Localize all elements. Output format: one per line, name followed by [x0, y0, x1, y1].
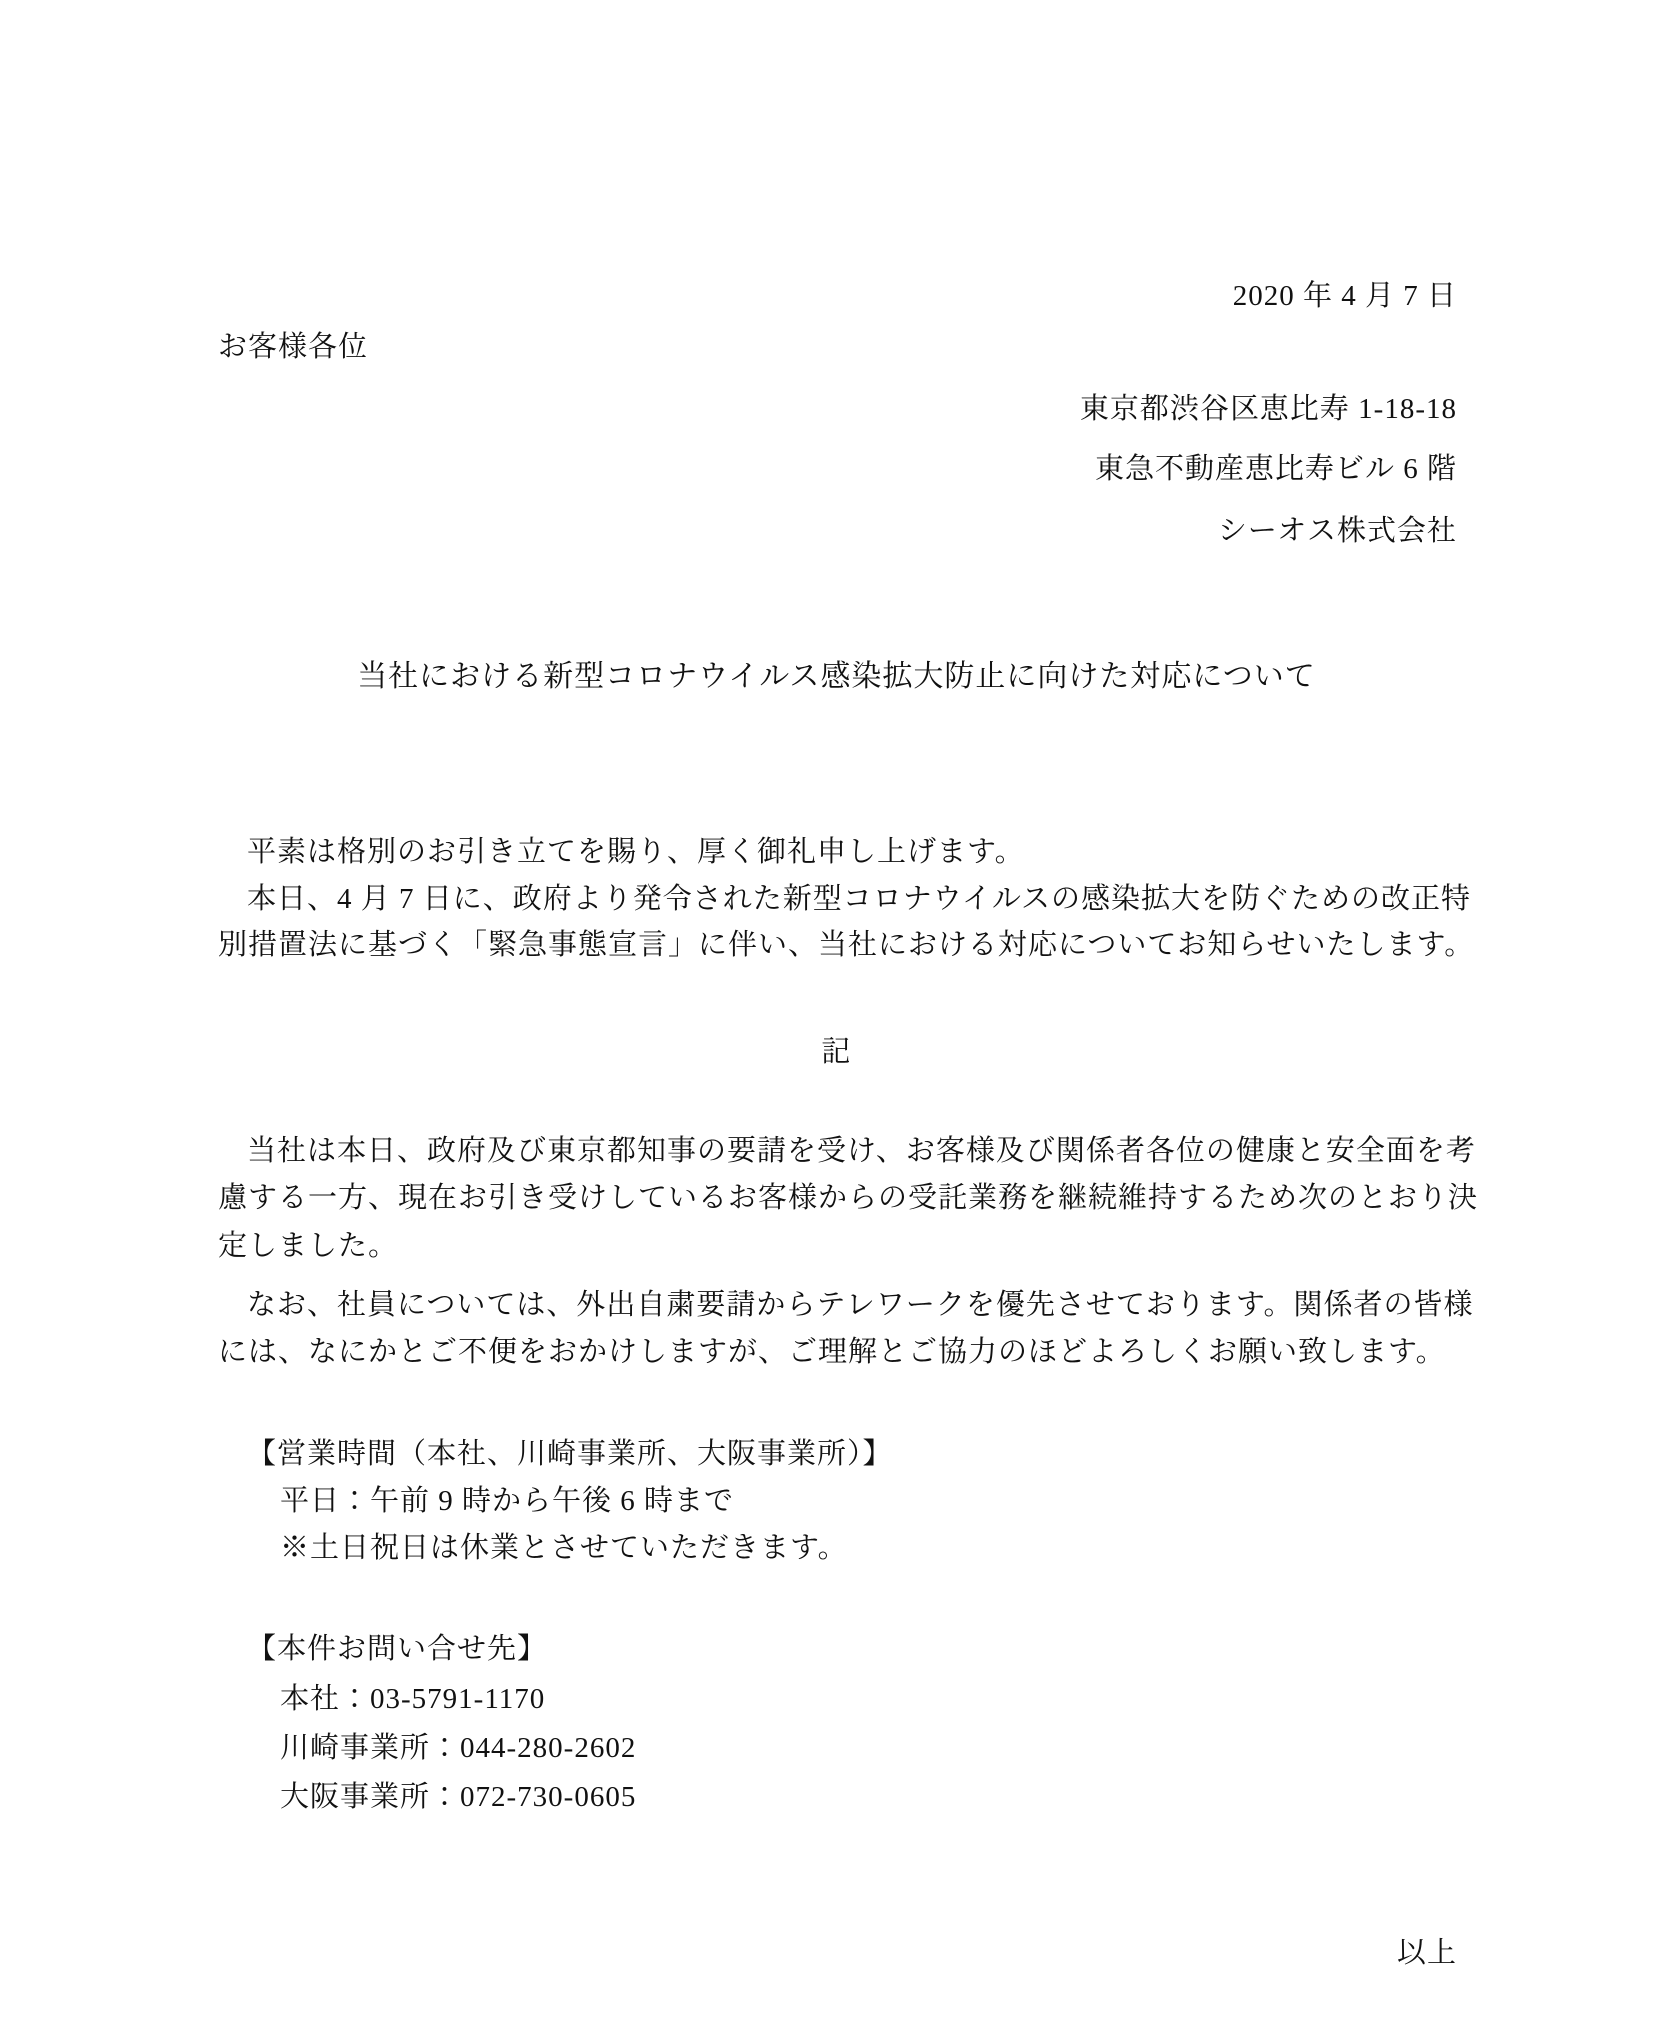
contact-head-office-phone: 本社：03-5791-1170: [280, 1682, 545, 1717]
telework-paragraph-line-2: には、なにかとご不便をおかけしますが、ご理解とご協力のほどよろしくお願い致します…: [218, 1335, 1446, 1370]
business-hours-heading: 【営業時間（本社、川崎事業所、大阪事業所）】: [247, 1437, 893, 1472]
record-marker: 記: [218, 1035, 1455, 1070]
decision-paragraph-line-2: 慮する一方、現在お引き受けしているお客様からの受託業務を継続維持するため次のとお…: [218, 1181, 1478, 1216]
letter-page: 2020 年 4 月 7 日 お客様各位 東京都渋谷区恵比寿 1-18-18 東…: [0, 0, 1653, 2030]
intro-paragraph-line-2: 別措置法に基づく「緊急事態宣言」に伴い、当社における対応についてお知らせいたしま…: [218, 928, 1474, 963]
intro-paragraph-line-1: 本日、4 月 7 日に、政府より発令された新型コロナウイルスの感染拡大を防ぐため…: [218, 882, 1471, 917]
contact-heading: 【本件お問い合せ先】: [247, 1632, 547, 1667]
recipient: お客様各位: [218, 330, 368, 365]
telework-paragraph-line-1: なお、社員については、外出自粛要請からテレワークを優先させております。関係者の皆…: [218, 1288, 1474, 1323]
business-hours-weekday: 平日：午前 9 時から午後 6 時まで: [280, 1484, 734, 1519]
decision-paragraph-line-3: 定しました。: [218, 1229, 398, 1264]
letter-date: 2020 年 4 月 7 日: [1233, 279, 1457, 314]
closing-marker: 以上: [1397, 1936, 1457, 1971]
sender-address-line1: 東京都渋谷区恵比寿 1-18-18: [1080, 392, 1457, 427]
decision-paragraph-line-1: 当社は本日、政府及び東京都知事の要請を受け、お客様及び関係者各位の健康と安全面を…: [218, 1134, 1476, 1169]
greeting-paragraph: 平素は格別のお引き立てを賜り、厚く御礼申し上げます。: [218, 835, 1025, 870]
sender-company-name: シーオス株式会社: [1218, 514, 1457, 549]
business-hours-holiday-note: ※土日祝日は休業とさせていただきます。: [280, 1531, 848, 1566]
letter-subject-title: 当社における新型コロナウイルス感染拡大防止に向けた対応について: [218, 659, 1455, 695]
contact-kawasaki-office-phone: 川崎事業所：044-280-2602: [280, 1731, 636, 1766]
contact-osaka-office-phone: 大阪事業所：072-730-0605: [280, 1780, 636, 1815]
sender-address-line2: 東急不動産恵比寿ビル 6 階: [1095, 452, 1457, 487]
